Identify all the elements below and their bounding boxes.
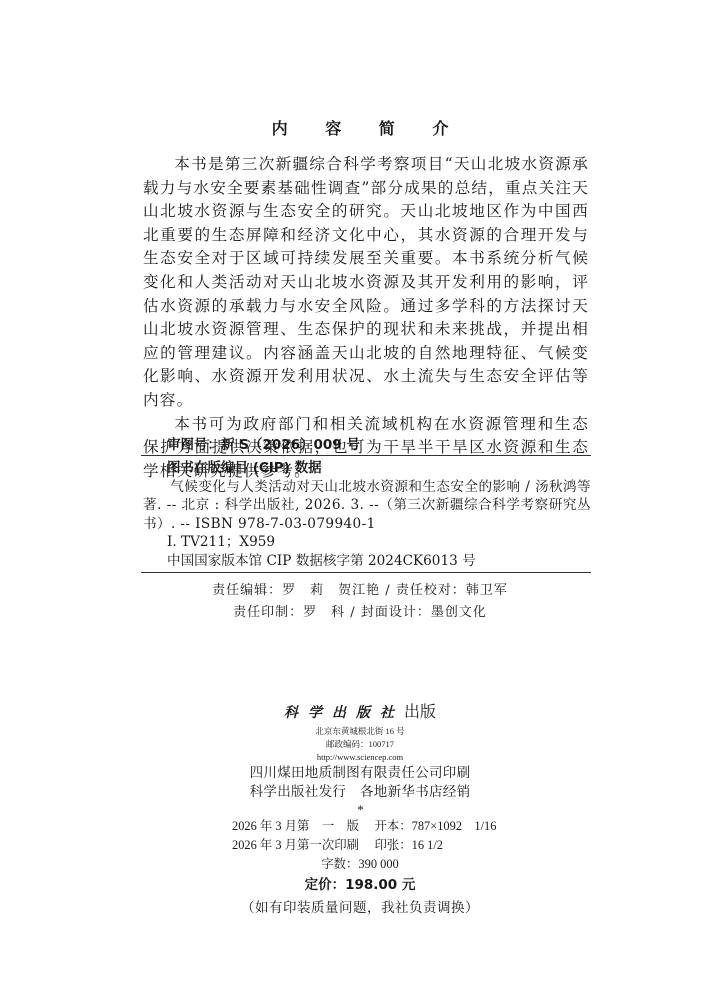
publisher-website: http://www.sciencep.com <box>0 751 720 764</box>
map-approval-number: 审图号：新 S（2026）009 号 <box>167 433 360 453</box>
page-title: 内 容 简 介 <box>0 116 720 139</box>
quality-notice: （如有印装质量问题，我社负责调换） <box>0 896 720 920</box>
publisher-info: 科学出版社出版 北京东黄城根北街 16 号 邮政编码：100717 http:/… <box>0 700 720 802</box>
colophon: * 2026 年 3 月第 一 版 开本：787×1092 1/16 2026 … <box>0 803 720 920</box>
publisher-logo-text: 科学出版社 <box>284 705 404 721</box>
cip-heading: 图书在版编目 (CIP) 数据 <box>143 459 591 478</box>
printing-info: 2026 年 3 月第一次印刷 印张：16 1/2 <box>232 836 720 855</box>
credits-line: 责任编辑：罗 莉 贺江艳 / 责任校对：韩卫军 <box>0 580 720 602</box>
cip-classification: Ⅰ. TV211；X959 <box>143 533 591 552</box>
publisher-postal-code: 邮政编码：100717 <box>0 738 720 751</box>
cip-record: 气候变化与人类活动对天山北坡水资源和生态安全的影响 / 汤秋鸿等著. -- 北京… <box>143 478 591 534</box>
distribution-info: 科学出版社发行 各地新华书店经销 <box>0 783 720 802</box>
price: 定价：198.00 元 <box>0 874 720 896</box>
publisher-suffix: 出版 <box>404 702 436 721</box>
divider-bottom <box>141 572 591 573</box>
credits-line: 责任印制：罗 科 / 封面设计：墨创文化 <box>0 602 720 624</box>
printer-info: 四川煤田地质制图有限责任公司印刷 <box>0 764 720 783</box>
separator-star: * <box>0 803 720 817</box>
cip-data-block: 图书在版编目 (CIP) 数据 气候变化与人类活动对天山北坡水资源和生态安全的影… <box>143 459 591 571</box>
abstract-paragraph: 本书是第三次新疆综合科学考察项目“天山北坡水资源承载力与水安全要素基础性调查”部… <box>143 153 589 413</box>
cip-verification: 中国国家版本馆 CIP 数据核字第 2024CK6013 号 <box>143 552 591 571</box>
edition-info: 2026 年 3 月第 一 版 开本：787×1092 1/16 <box>232 817 720 836</box>
word-count: 字数：390 000 <box>0 855 720 874</box>
publisher-address: 北京东黄城根北街 16 号 <box>0 725 720 738</box>
publisher-name-line: 科学出版社出版 <box>0 700 720 725</box>
divider-top <box>141 455 591 456</box>
editorial-credits: 责任编辑：罗 莉 贺江艳 / 责任校对：韩卫军 责任印制：罗 科 / 封面设计：… <box>0 580 720 624</box>
copyright-page: 内 容 简 介 本书是第三次新疆综合科学考察项目“天山北坡水资源承载力与水安全要… <box>0 0 720 1000</box>
